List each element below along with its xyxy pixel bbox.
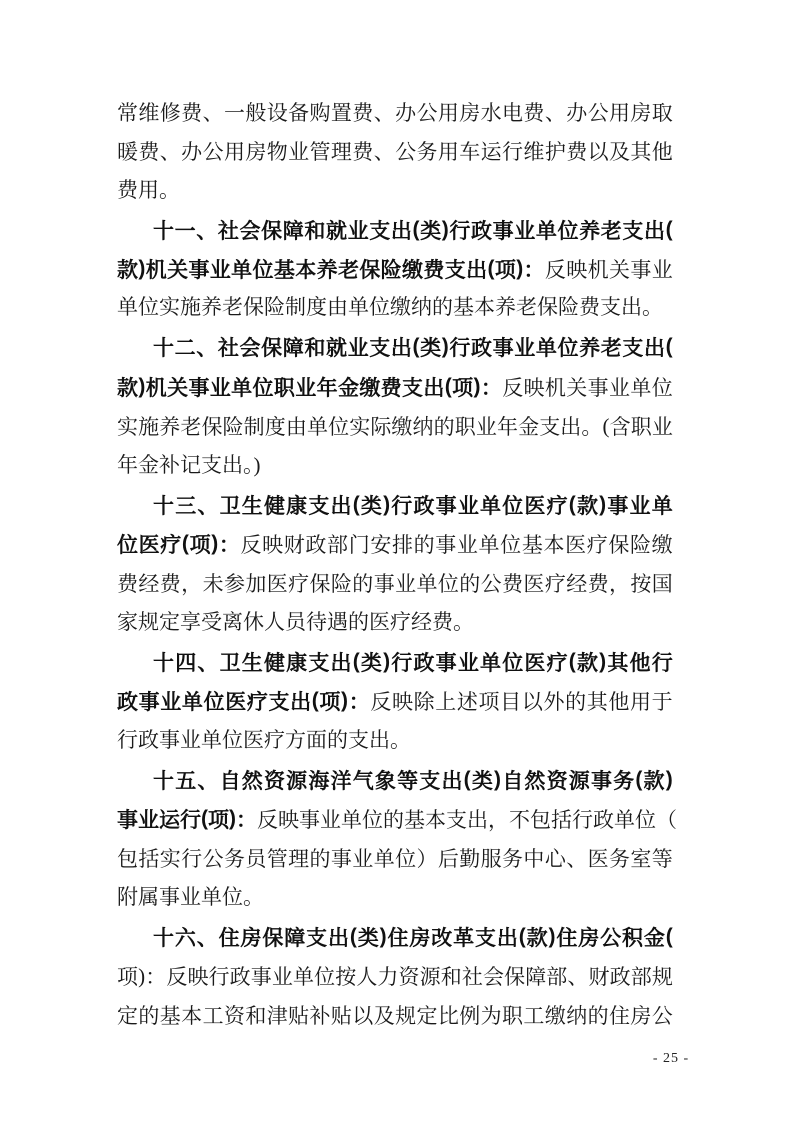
text-line: 费经费，未参加医疗保险的事业单位的公费医疗经费，按国: [117, 564, 673, 603]
text-line: 款)机关事业单位基本养老保险缴费支出(项)：反映机关事业: [117, 249, 673, 288]
text-line: 定的基本工资和津贴补贴以及规定比例为职工缴纳的住房公: [117, 996, 673, 1035]
text-line: 十三、卫生健康支出(类)行政事业单位医疗(款)事业单: [117, 485, 673, 524]
text-line: 行政事业单位医疗方面的支出。: [117, 721, 673, 760]
page-number: - 25 -: [641, 1051, 701, 1067]
text-line: 单位实施养老保险制度由单位缴纳的基本养老保险费支出。: [117, 288, 673, 327]
text-line: 常维修费、一般设备购置费、办公用房水电费、办公用房取: [117, 92, 673, 131]
text-line: 款)机关事业单位职业年金缴费支出(项)：反映机关事业单位: [117, 367, 673, 406]
text-line: 十六、住房保障支出(类)住房改革支出(款)住房公积金(: [117, 917, 673, 956]
text-line: 十五、自然资源海洋气象等支出(类)自然资源事务(款): [117, 760, 673, 799]
text-line: 十一、社会保障和就业支出(类)行政事业单位养老支出(: [117, 210, 673, 249]
text-line: 包括实行公务员管理的事业单位）后勤服务中心、医务室等: [117, 839, 673, 878]
document-page: 常维修费、一般设备购置费、办公用房水电费、办公用房取暖费、办公用房物业管理费、公…: [0, 0, 793, 1122]
text-line: 政事业单位医疗支出(项)：反映除上述项目以外的其他用于: [117, 681, 673, 720]
text-line: 十四、卫生健康支出(类)行政事业单位医疗(款)其他行: [117, 642, 673, 681]
text-line: 暖费、办公用房物业管理费、公务用车运行维护费以及其他: [117, 131, 673, 170]
text-line: 年金补记支出。): [117, 446, 673, 485]
text-line: 家规定享受离休人员待遇的医疗经费。: [117, 603, 673, 642]
text-line: 实施养老保险制度由单位实际缴纳的职业年金支出。(含职业: [117, 406, 673, 445]
text-line: 项)：反映行政事业单位按人力资源和社会保障部、财政部规: [117, 957, 673, 996]
text-line: 事业运行(项)：反映事业单位的基本支出，不包括行政单位（: [117, 799, 673, 838]
text-line: 十二、社会保障和就业支出(类)行政事业单位养老支出(: [117, 328, 673, 367]
text-block: 常维修费、一般设备购置费、办公用房水电费、办公用房取暖费、办公用房物业管理费、公…: [117, 92, 673, 1035]
text-line: 位医疗(项)：反映财政部门安排的事业单位基本医疗保险缴: [117, 524, 673, 563]
text-line: 附属事业单位。: [117, 878, 673, 917]
text-line: 费用。: [117, 171, 673, 210]
